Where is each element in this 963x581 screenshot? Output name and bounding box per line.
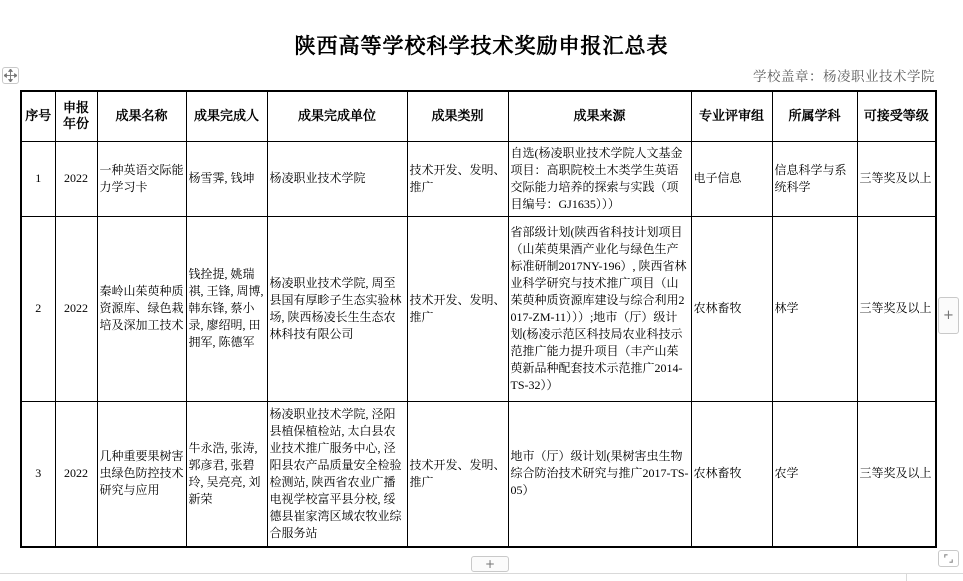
col-header-review-group[interactable]: 专业评审组 xyxy=(691,91,772,141)
table-row: 1 2022 一种英语交际能力学习卡 杨雪霁, 钱坤 杨凌职业技术学院 技术开发… xyxy=(21,141,936,216)
cell-completers[interactable]: 牛永浩, 张涛, 郭彦君, 张碧玲, 吴亮亮, 刘新荣 xyxy=(186,401,267,547)
cell-seq[interactable]: 1 xyxy=(21,141,55,216)
cell-grade[interactable]: 三等奖及以上 xyxy=(857,141,936,216)
table-row: 2 2022 秦岭山茱萸种质资源库、绿色栽培及深加工技术 钱拴提, 姚瑞祺, 王… xyxy=(21,216,936,401)
col-header-units[interactable]: 成果完成单位 xyxy=(267,91,407,141)
col-header-source[interactable]: 成果来源 xyxy=(508,91,691,141)
cell-year[interactable]: 2022 xyxy=(55,141,97,216)
cell-review-group[interactable]: 农林畜牧 xyxy=(691,401,772,547)
cell-source[interactable]: 地市（厅）级计划(果树害虫生物综合防治技术研究与推广2017-TS-05） xyxy=(508,401,691,547)
cell-seq[interactable]: 2 xyxy=(21,216,55,401)
cell-seq[interactable]: 3 xyxy=(21,401,55,547)
cell-discipline[interactable]: 林学 xyxy=(772,216,857,401)
cell-category[interactable]: 技术开发、发明、推广 xyxy=(407,216,508,401)
cell-name[interactable]: 几种重要果树害虫绿色防控技术研究与应用 xyxy=(97,401,186,547)
col-header-grade[interactable]: 可接受等级 xyxy=(857,91,936,141)
resize-diagonal-icon xyxy=(942,552,955,565)
cell-name[interactable]: 一种英语交际能力学习卡 xyxy=(97,141,186,216)
col-header-name[interactable]: 成果名称 xyxy=(97,91,186,141)
table-move-handle[interactable] xyxy=(2,67,19,84)
cell-grade[interactable]: 三等奖及以上 xyxy=(857,216,936,401)
cell-units[interactable]: 杨凌职业技术学院 xyxy=(267,141,407,216)
add-column-button[interactable]: + xyxy=(938,297,959,334)
cell-category[interactable]: 技术开发、发明、推广 xyxy=(407,141,508,216)
move-arrows-icon xyxy=(4,69,17,82)
col-header-category[interactable]: 成果类别 xyxy=(407,91,508,141)
table-header-row: 序号 申报年份 成果名称 成果完成人 成果完成单位 成果类别 成果来源 专业评审… xyxy=(21,91,936,141)
cell-discipline[interactable]: 信息科学与系统科学 xyxy=(772,141,857,216)
cell-review-group[interactable]: 电子信息 xyxy=(691,141,772,216)
col-header-seq[interactable]: 序号 xyxy=(21,91,55,141)
cell-discipline[interactable]: 农学 xyxy=(772,401,857,547)
page-corner-mark xyxy=(906,573,907,581)
summary-table: 序号 申报年份 成果名称 成果完成人 成果完成单位 成果类别 成果来源 专业评审… xyxy=(20,90,937,548)
document-page: 陕西高等学校科学技术奖励申报汇总表 学校盖章：杨凌职业技术学院 xyxy=(0,0,963,581)
cell-units[interactable]: 杨凌职业技术学院, 泾阳县植保植检站, 太白县农业技术推广服务中心, 泾阳县农产… xyxy=(267,401,407,547)
cell-grade[interactable]: 三等奖及以上 xyxy=(857,401,936,547)
plus-icon: + xyxy=(943,309,954,322)
cell-category[interactable]: 技术开发、发明、推广 xyxy=(407,401,508,547)
cell-source[interactable]: 省部级计划(陕西省科技计划项目（山茱萸果酒产业化与绿色生产标准研制2017NY-… xyxy=(508,216,691,401)
cell-name[interactable]: 秦岭山茱萸种质资源库、绿色栽培及深加工技术 xyxy=(97,216,186,401)
col-header-completers[interactable]: 成果完成人 xyxy=(186,91,267,141)
table-resize-handle[interactable] xyxy=(938,550,959,567)
page-title[interactable]: 陕西高等学校科学技术奖励申报汇总表 xyxy=(0,30,963,60)
school-seal-label[interactable]: 学校盖章：杨凌职业技术学院 xyxy=(753,65,935,85)
page-bottom-edge xyxy=(0,573,963,574)
cell-units[interactable]: 杨凌职业技术学院, 周至县国有厚畛子生态实验林场, 陕西杨凌长生生态农林科技有限… xyxy=(267,216,407,401)
col-header-discipline[interactable]: 所属学科 xyxy=(772,91,857,141)
cell-year[interactable]: 2022 xyxy=(55,216,97,401)
cell-completers[interactable]: 钱拴提, 姚瑞祺, 王锋, 周博, 韩东锋, 蔡小录, 廖绍明, 田拥军, 陈德… xyxy=(186,216,267,401)
col-header-year[interactable]: 申报年份 xyxy=(55,91,97,141)
cell-year[interactable]: 2022 xyxy=(55,401,97,547)
cell-completers[interactable]: 杨雪霁, 钱坤 xyxy=(186,141,267,216)
cell-review-group[interactable]: 农林畜牧 xyxy=(691,216,772,401)
table-row: 3 2022 几种重要果树害虫绿色防控技术研究与应用 牛永浩, 张涛, 郭彦君,… xyxy=(21,401,936,547)
cell-source[interactable]: 自选(杨凌职业技术学院人文基金项目：高职院校土木类学生英语交际能力培养的探索与实… xyxy=(508,141,691,216)
plus-icon: + xyxy=(485,558,495,570)
add-row-button[interactable]: + xyxy=(471,556,509,572)
